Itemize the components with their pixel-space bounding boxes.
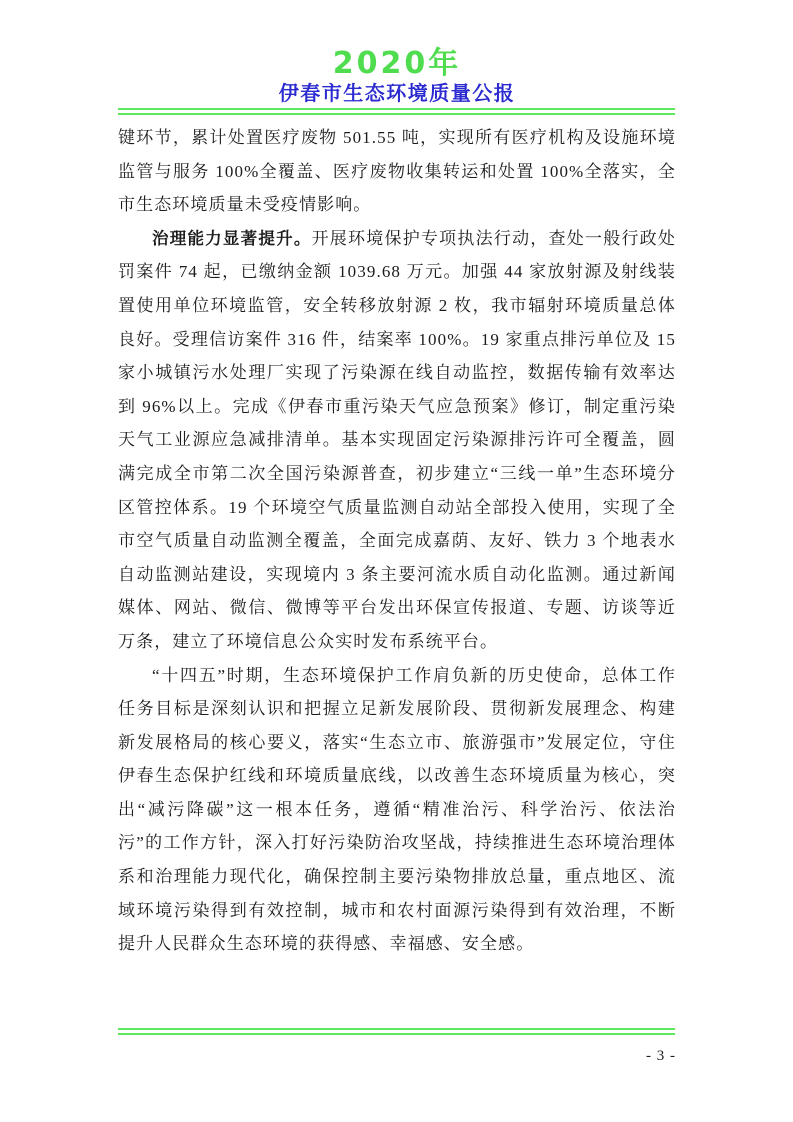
paragraph-governance: 治理能力显著提升。开展环境保护专项执法行动，查处一般行政处罚案件 74 起，已缴… [118, 222, 676, 659]
report-title: 伊春市生态环境质量公报 [118, 81, 676, 105]
footer-divider-double-rule [118, 1028, 675, 1035]
paragraph-continuation: 键环节，累计处置医疗废物 501.55 吨，实现所有医疗机构及设施环境监管与服务… [118, 121, 676, 222]
document-body: 键环节，累计处置医疗废物 501.55 吨，实现所有医疗机构及设施环境监管与服务… [118, 121, 676, 961]
document-page: 2020年 伊春市生态环境质量公报 键环节，累计处置医疗废物 501.55 吨，… [0, 0, 793, 1122]
header-divider-double-rule [118, 108, 675, 115]
paragraph-lead-bold: 治理能力显著提升。 [152, 229, 312, 248]
paragraph-governance-text: 开展环境保护专项执法行动，查处一般行政处罚案件 74 起，已缴纳金额 1039.… [118, 229, 676, 651]
report-year-title: 2020年 [118, 48, 676, 80]
page-header: 2020年 伊春市生态环境质量公报 [118, 48, 676, 105]
page-number: - 3 - [646, 1048, 676, 1065]
paragraph-14th-five-year-plan: “十四五”时期，生态环境保护工作肩负新的历史使命，总体工作任务目标是深刻认识和把… [118, 659, 676, 961]
